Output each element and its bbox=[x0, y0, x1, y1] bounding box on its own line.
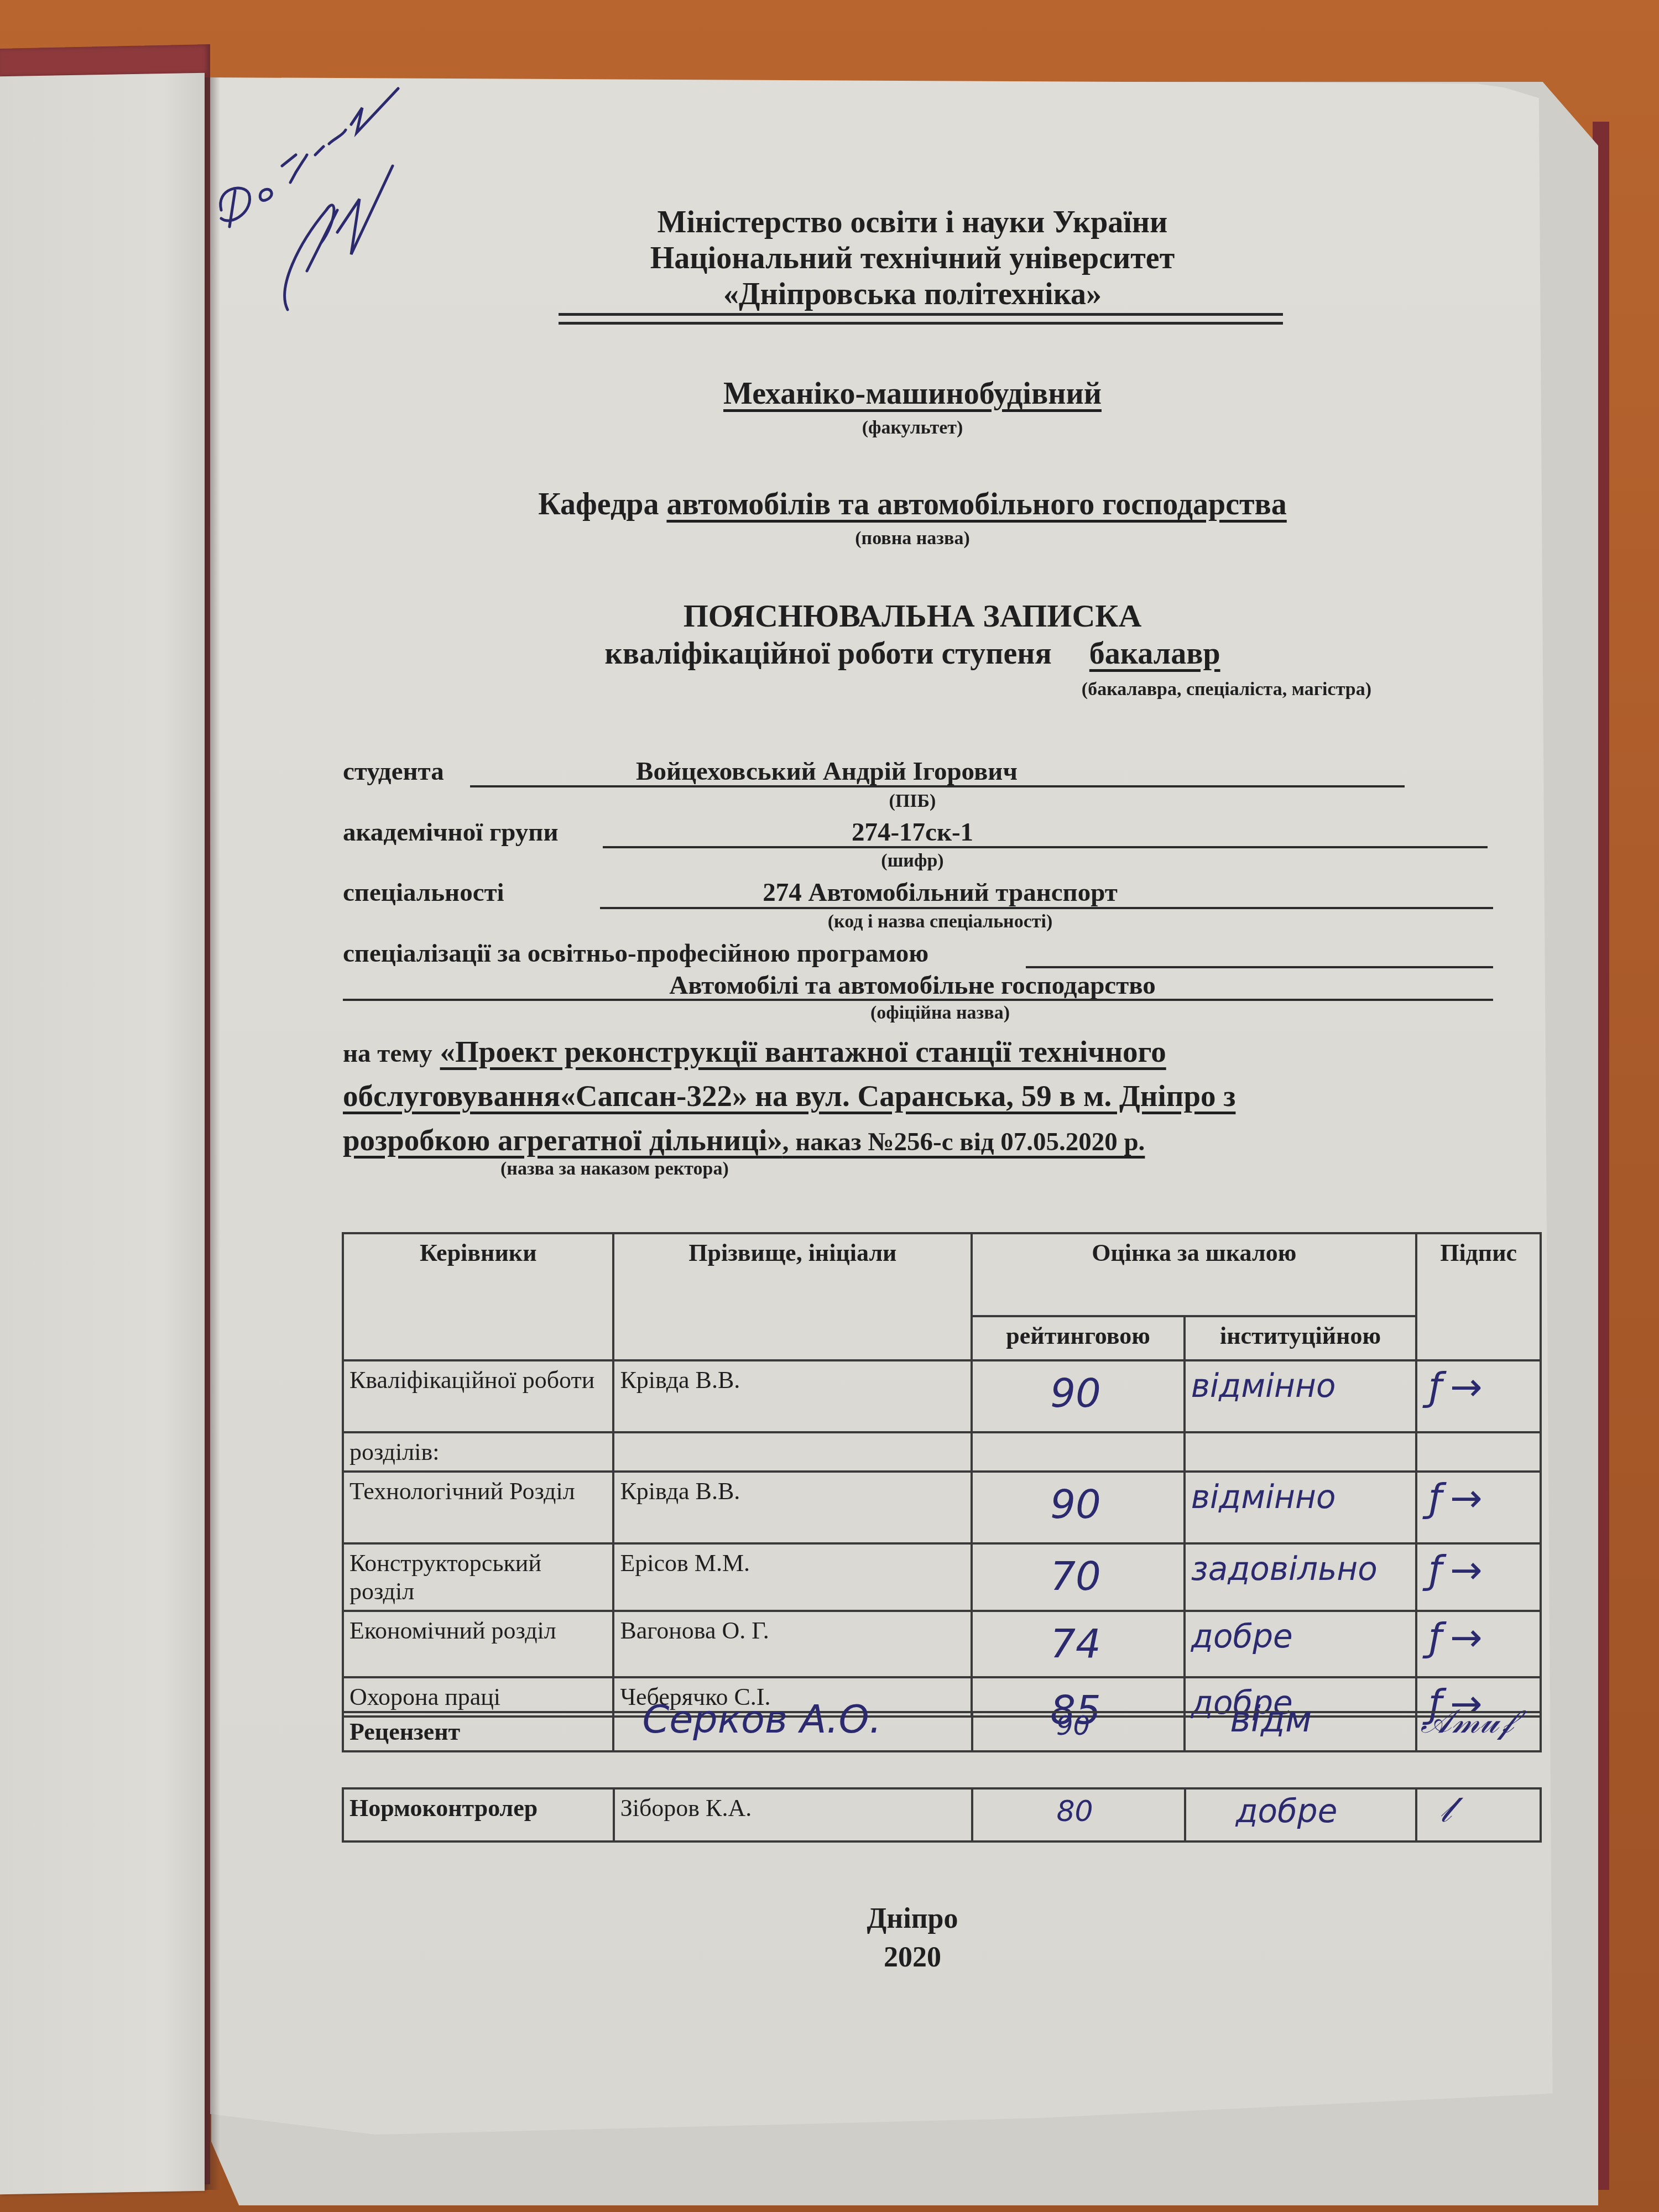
specialization-caption: (офіційна назва) bbox=[719, 1003, 1161, 1024]
topic-text-2: обслуговування«Сапсан-322» на вул. Саран… bbox=[343, 1078, 1235, 1113]
row-institutional-cell: відмінно bbox=[1185, 1472, 1416, 1543]
header-grade: Оцінка за шкалою bbox=[972, 1233, 1416, 1316]
specialty-caption: (код і назва спеціальності) bbox=[719, 911, 1161, 932]
handwritten-note-signature bbox=[210, 77, 442, 343]
degree-line: кваліфікаційної роботи ступеня бакалавр bbox=[498, 636, 1327, 671]
row-name bbox=[613, 1432, 972, 1472]
row-rating: 74 bbox=[1050, 1620, 1101, 1667]
row-institutional-cell bbox=[1185, 1432, 1416, 1472]
ministry-title: Міністерство освіти і науки України bbox=[498, 205, 1327, 240]
reviewer-role: Рецензент bbox=[343, 1712, 613, 1751]
university-name: «Дніпровська політехніка» bbox=[498, 276, 1327, 312]
specialization-value: Автомобілі та автомобільне господарство bbox=[553, 971, 1272, 1000]
row-name: Вагонова О. Г. bbox=[613, 1611, 972, 1677]
row-institutional-cell: задовільно bbox=[1185, 1543, 1416, 1611]
group-value: 274-17ск-1 bbox=[774, 817, 1051, 847]
norm-controller-name: Зіборов К.А. bbox=[614, 1788, 973, 1841]
topic-prefix: на тему bbox=[343, 1039, 432, 1068]
reviewer-rating: 90 bbox=[1056, 1710, 1090, 1741]
row-signature-cell: ƒ → bbox=[1416, 1543, 1541, 1611]
student-label: студента bbox=[343, 757, 444, 786]
signature-mark-icon: ƒ → bbox=[1428, 1364, 1482, 1410]
row-role: Економічний розділ bbox=[343, 1611, 613, 1677]
header-supervisors: Керівники bbox=[343, 1233, 613, 1360]
row-institutional: задовільно bbox=[1191, 1550, 1378, 1588]
row-name: Крівда В.В. bbox=[613, 1360, 972, 1432]
department-caption: (повна назва) bbox=[498, 528, 1327, 549]
table-row: Конструкторський розділЕрісов М.М.70задо… bbox=[343, 1543, 1541, 1611]
university-title: Національний технічний університет bbox=[498, 241, 1327, 276]
row-signature-cell: ƒ → bbox=[1416, 1611, 1541, 1677]
row-institutional-cell: добре bbox=[1185, 1611, 1416, 1677]
degree-caption: (бакалавра, спеціаліста, магістра) bbox=[984, 679, 1371, 700]
reviewer-institutional: відм bbox=[1230, 1699, 1312, 1740]
header-name: Прізвище, ініціали bbox=[613, 1233, 972, 1360]
row-signature-cell bbox=[1416, 1432, 1541, 1472]
reviewer-name: Серков А.О. bbox=[642, 1697, 881, 1742]
specialization-underline-2 bbox=[343, 999, 1493, 1001]
norm-controller-rating: 80 bbox=[1056, 1795, 1093, 1828]
row-role: Конструкторський розділ bbox=[343, 1543, 613, 1611]
specialization-label: спеціалізації за освітньо-професійною пр… bbox=[343, 938, 928, 968]
row-rating: 70 bbox=[1050, 1553, 1101, 1599]
degree-label: кваліфікаційної роботи ступеня bbox=[604, 637, 1051, 671]
table-row: Кваліфікаційної роботиКрівда В.В.90відмі… bbox=[343, 1360, 1541, 1432]
header-rating: рейтинговою bbox=[972, 1316, 1185, 1360]
faculty-value: Механіко-машинобудівний bbox=[498, 376, 1327, 411]
signature-mark-icon: ƒ → bbox=[1428, 1475, 1482, 1521]
norm-controller-table: Нормоконтролер Зіборов К.А. 80 добре 𝓁 bbox=[342, 1787, 1542, 1843]
topic-line-1: на тему «Проект реконструкції вантажної … bbox=[343, 1034, 1166, 1069]
signature-mark-icon: ƒ → bbox=[1428, 1547, 1482, 1593]
header-signature: Підпис bbox=[1416, 1233, 1541, 1360]
grades-table-body: Кваліфікаційної роботиКрівда В.В.90відмі… bbox=[343, 1360, 1541, 1717]
norm-controller-signature-cell: 𝓁 bbox=[1416, 1788, 1541, 1841]
topic-caption: (назва за наказом ректора) bbox=[500, 1159, 729, 1180]
reviewer-row: Рецензент Серков А.О. 90 відм 𝒜𝓂𝓊𝒻 bbox=[343, 1712, 1541, 1751]
row-rating-cell: 90 bbox=[972, 1360, 1185, 1432]
topic-text-1: «Проект реконструкції вантажної станції … bbox=[440, 1035, 1166, 1068]
row-rating: 90 bbox=[1050, 1481, 1101, 1527]
row-name: Ерісов М.М. bbox=[613, 1543, 972, 1611]
header-double-rule-top bbox=[559, 313, 1283, 316]
table-row: Технологічний РозділКрівда В.В.90відмінн… bbox=[343, 1472, 1541, 1543]
reviewer-institutional-cell: відм bbox=[1185, 1712, 1416, 1751]
student-value: Войцеховський Андрій Ігорович bbox=[470, 757, 1183, 786]
reviewer-signature: 𝒜𝓂𝓊𝒻 bbox=[1420, 1702, 1513, 1741]
row-institutional: добре bbox=[1191, 1618, 1293, 1655]
row-role: Кваліфікаційної роботи bbox=[343, 1360, 613, 1432]
row-rating-cell: 74 bbox=[972, 1611, 1185, 1677]
group-caption: (шифр) bbox=[774, 851, 1051, 872]
student-caption: (ПІБ) bbox=[774, 791, 1051, 812]
header-institutional: інституційною bbox=[1185, 1316, 1416, 1360]
footer-year: 2020 bbox=[719, 1941, 1106, 1974]
faculty-caption: (факультет) bbox=[498, 418, 1327, 439]
table-row: Економічний розділВагонова О. Г.74добреƒ… bbox=[343, 1611, 1541, 1677]
topic-text-3: розробкою агрегатної дільниці» bbox=[343, 1123, 782, 1157]
document-title: ПОЯСНЮВАЛЬНА ЗАПИСКА bbox=[498, 597, 1327, 634]
row-rating-cell bbox=[972, 1432, 1185, 1472]
department-value: автомобілів та автомобільного господарст… bbox=[666, 487, 1286, 521]
norm-controller-role: Нормоконтролер bbox=[343, 1788, 614, 1841]
degree-value: бакалавр bbox=[1089, 637, 1220, 671]
norm-controller-institutional-cell: добре bbox=[1185, 1788, 1417, 1841]
row-institutional: відмінно bbox=[1191, 1367, 1336, 1405]
specialization-underline-1 bbox=[1026, 966, 1493, 968]
row-institutional: відмінно bbox=[1191, 1478, 1336, 1516]
row-role: Технологічний Розділ bbox=[343, 1472, 613, 1543]
signature-mark-icon: ƒ → bbox=[1428, 1615, 1482, 1660]
row-rating-cell: 90 bbox=[972, 1472, 1185, 1543]
row-name: Крівда В.В. bbox=[613, 1472, 972, 1543]
norm-controller-row: Нормоконтролер Зіборов К.А. 80 добре 𝓁 bbox=[343, 1788, 1541, 1841]
topic-order: , наказ №256-с від 07.05.2020 р. bbox=[782, 1128, 1145, 1156]
row-signature-cell: ƒ → bbox=[1416, 1472, 1541, 1543]
document-content: До захисту Міністерство освіти і науки У… bbox=[0, 0, 1659, 2212]
reviewer-table: Рецензент Серков А.О. 90 відм 𝒜𝓂𝓊𝒻 bbox=[342, 1711, 1542, 1752]
department-prefix: Кафедра bbox=[538, 487, 659, 521]
topic-line-3: розробкою агрегатної дільниці», наказ №2… bbox=[343, 1123, 1145, 1157]
row-rating-cell: 70 bbox=[972, 1543, 1185, 1611]
norm-controller-rating-cell: 80 bbox=[972, 1788, 1185, 1841]
footer-city: Дніпро bbox=[719, 1902, 1106, 1935]
norm-controller-institutional: добре bbox=[1236, 1792, 1338, 1830]
row-institutional-cell: відмінно bbox=[1185, 1360, 1416, 1432]
row-rating: 90 bbox=[1050, 1370, 1101, 1416]
department-line: Кафедра автомобілів та автомобільного го… bbox=[387, 487, 1438, 522]
reviewer-rating-cell: 90 bbox=[972, 1712, 1185, 1751]
header-double-rule-bottom bbox=[559, 322, 1283, 325]
reviewer-signature-cell: 𝒜𝓂𝓊𝒻 bbox=[1416, 1712, 1541, 1751]
row-signature-cell: ƒ → bbox=[1416, 1360, 1541, 1432]
table-row: розділів: bbox=[343, 1432, 1541, 1472]
reviewer-name-cell: Серков А.О. bbox=[613, 1712, 972, 1751]
row-role: розділів: bbox=[343, 1432, 613, 1472]
grades-table: Керівники Прізвище, ініціали Оцінка за ш… bbox=[342, 1232, 1542, 1718]
specialty-label: спеціальності bbox=[343, 878, 504, 907]
norm-controller-signature: 𝓁 bbox=[1439, 1790, 1451, 1830]
specialty-value: 274 Автомобільний транспорт bbox=[719, 878, 1161, 907]
group-label: академічної групи bbox=[343, 817, 559, 847]
